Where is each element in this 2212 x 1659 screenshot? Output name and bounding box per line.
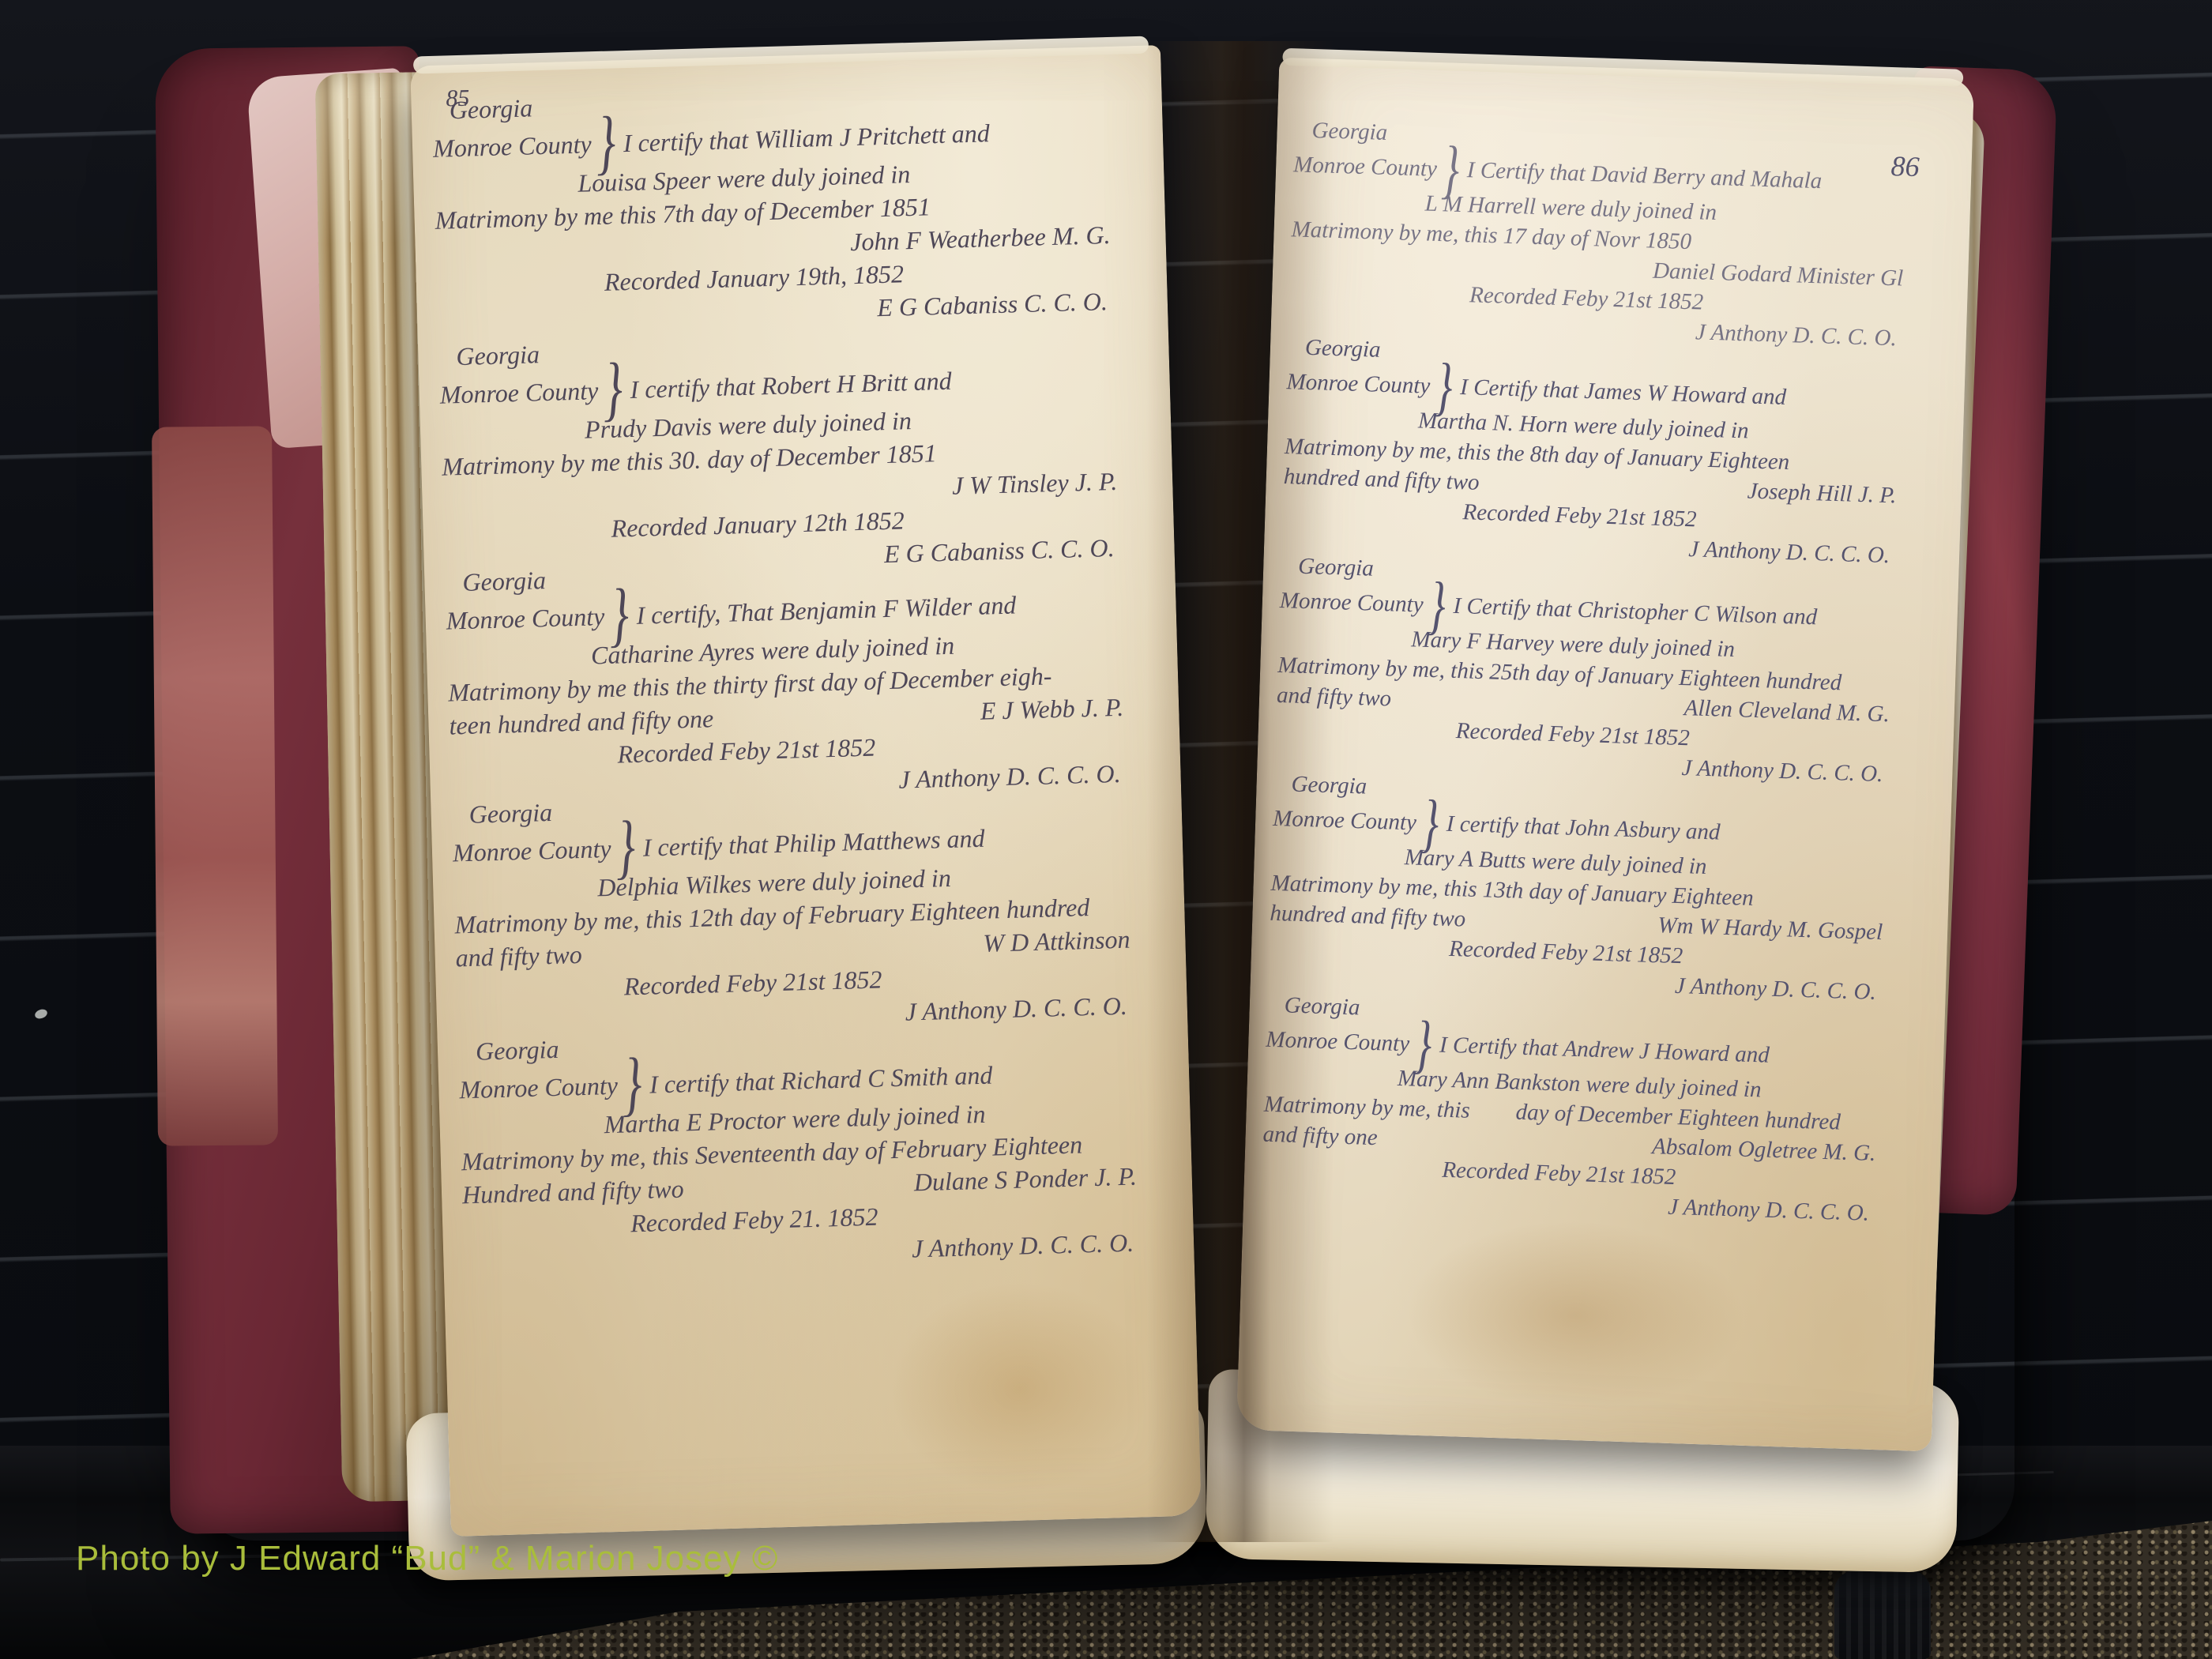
brace-glyph: }	[595, 111, 616, 177]
marriage-entry: Georgia Monroe County } I certify that J…	[1268, 769, 1924, 1008]
marriage-entry: Georgia Monroe County } I Certify that J…	[1281, 332, 1937, 571]
entry-county: Monroe County	[459, 1069, 619, 1107]
entry-county: Monroe County	[1273, 803, 1417, 838]
brace-glyph: }	[608, 584, 630, 649]
entry-county: Monroe County	[433, 128, 592, 166]
entry-officiant-signature: Joseph Hill J. P.	[1747, 476, 1897, 510]
entry-officiant-signature: W D Attkinson	[983, 922, 1130, 959]
brace-glyph: }	[615, 815, 636, 881]
stain	[1403, 1215, 1748, 1415]
entry-certify: I Certify that David Berry and Mahala	[1466, 155, 1822, 196]
brace-glyph: }	[1434, 357, 1453, 416]
left-page: 85 Georgia Monroe County } I certify tha…	[410, 45, 1202, 1537]
marriage-entry: Georgia Monroe County } I Certify that C…	[1274, 551, 1930, 790]
entry-officiant-signature: Dulane S Ponder J. P.	[913, 1159, 1137, 1198]
brace-glyph: }	[1427, 575, 1446, 634]
marriage-entry: Georgia Monroe County } I certify that R…	[438, 321, 1156, 583]
brace-glyph: }	[1420, 793, 1439, 852]
pastedown-marbled-strip	[152, 426, 278, 1145]
entry-continuation	[435, 237, 436, 270]
entry-certify: I certify, That Benjamin F Wilder and	[636, 589, 1017, 632]
marriage-entry: Georgia Monroe County } I Certify that A…	[1261, 990, 1917, 1229]
marriage-entry: Georgia Monroe County } I certify that R…	[457, 1015, 1175, 1277]
entry-continuation	[442, 483, 443, 516]
entry-continuation: hundred and fifty two	[1283, 461, 1480, 498]
entry-certify: I Certify that Christopher C Wilson and	[1453, 591, 1818, 632]
entry-county: Monroe County	[1266, 1024, 1410, 1059]
entry-county: Monroe County	[452, 832, 611, 870]
entry-certify: I certify that Philip Matthews and	[642, 822, 985, 864]
entry-officiant-signature: Allen Cleveland M. G.	[1683, 693, 1890, 729]
entry-certify: I certify that William J Pritchett and	[623, 117, 990, 160]
entry-certify: I Certify that James W Howard and	[1460, 372, 1787, 412]
entry-certify: I certify that Richard C Smith and	[649, 1059, 993, 1101]
entry-certify: I certify that John Asbury and	[1446, 809, 1721, 848]
entry-county: Monroe County	[439, 374, 599, 412]
marriage-entry: Georgia Monroe County } I certify that W…	[431, 74, 1149, 337]
right-page: 86 Georgia Monroe County } I Certify tha…	[1236, 58, 1974, 1452]
entry-officiant-signature: J W Tinsley J. P.	[952, 465, 1118, 502]
entry-continuation: Hundred and fifty two	[462, 1172, 685, 1211]
brace-glyph: }	[1441, 140, 1460, 199]
entry-continuation: and fifty two	[1277, 679, 1392, 713]
photo-of-marriage-record-book: 85 Georgia Monroe County } I certify tha…	[0, 0, 2212, 1659]
marriage-entry: Georgia Monroe County } I certify that P…	[451, 778, 1168, 1040]
brace-glyph: }	[1413, 1014, 1432, 1074]
brace-glyph: }	[622, 1052, 643, 1118]
brace-glyph: }	[602, 358, 623, 423]
entry-county: Monroe County	[1286, 367, 1431, 401]
entry-county: Monroe County	[1279, 585, 1424, 620]
table-leg	[1834, 1571, 1931, 1659]
entry-county: Monroe County	[446, 600, 605, 638]
entry-continuation: and fifty two	[455, 938, 582, 974]
entry-continuation	[1290, 244, 1291, 274]
marriage-entry: Georgia Monroe County } I Certify that D…	[1288, 115, 1944, 354]
photo-credit-watermark: Photo by J Edward “Bud” & Marion Josey ©	[76, 1539, 778, 1578]
entry-certify: I certify that Robert H Britt and	[630, 364, 952, 406]
entry-continuation: and fifty one	[1262, 1119, 1378, 1153]
entry-certify: I Certify that Andrew J Howard and	[1439, 1029, 1770, 1070]
entry-continuation: hundred and fifty two	[1270, 897, 1466, 934]
stain	[887, 1278, 1153, 1499]
entry-county: Monroe County	[1293, 149, 1438, 184]
entry-officiant-signature: E J Webb J. P.	[980, 690, 1123, 727]
marriage-entry: Georgia Monroe County } I certify, That …	[445, 547, 1162, 809]
